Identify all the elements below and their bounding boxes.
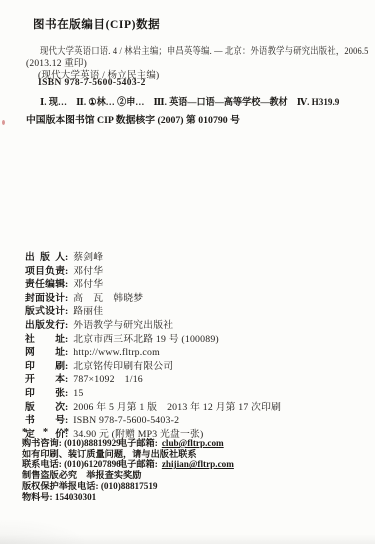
- publication-row-layout-design: 版式设计:路丽佳: [25, 305, 281, 319]
- row-value: 邓付华: [73, 279, 103, 290]
- row-colon: :: [65, 293, 68, 304]
- footer-notices-block: 购书咨询: (010)88819929电子邮箱:club@fltrp.com 如…: [22, 438, 234, 502]
- row-colon: :: [65, 320, 68, 331]
- publication-row-edition: 版次:2006 年 5 月第 1 版 2013 年 12 月第 17 次印刷: [25, 401, 281, 415]
- row-colon: :: [65, 361, 68, 372]
- row-colon: :: [65, 388, 68, 399]
- scan-bottom-shade: [0, 534, 375, 544]
- row-colon: :: [65, 402, 68, 413]
- publication-row-printer: 印刷:北京铭传印刷有限公司: [25, 360, 281, 374]
- row-value: ISBN 978-7-5600-5403-2: [73, 415, 179, 426]
- row-value: 路丽佳: [73, 306, 103, 317]
- footer-copyright-hotline: 版权保护举报电话: (010)88817519: [22, 481, 234, 492]
- footer-purchase-line: 购书咨询: (010)88819929电子邮箱:club@fltrp.com: [22, 438, 234, 449]
- row-colon: :: [65, 374, 68, 385]
- row-value: 外语教学与研究出版社: [73, 320, 173, 331]
- publication-row-publisher: 出版发行:外语教学与研究出版社: [25, 319, 281, 333]
- row-colon: :: [65, 415, 68, 426]
- asterisk-separator: * * *: [22, 427, 69, 438]
- publication-info-block: 出版人:蔡剑峰 项目负责:邓付华 责任编辑:邓付华 封面设计:高 瓦 韩晓梦 版…: [25, 251, 281, 441]
- row-value: 2006 年 5 月第 1 版 2013 年 12 月第 17 次印刷: [73, 402, 281, 413]
- publication-row-format: 开本:787×1092 1/16: [25, 373, 281, 387]
- row-colon: :: [65, 334, 68, 345]
- row-label: 项目负责: [25, 265, 65, 279]
- row-colon: :: [65, 347, 68, 358]
- footer-piracy-notice: 制售盗版必究 举报查实奖励: [22, 470, 234, 481]
- row-value: 高 瓦 韩晓梦: [73, 293, 143, 304]
- row-label: 版式设计: [25, 305, 65, 319]
- row-value: 蔡剑峰: [73, 252, 103, 263]
- row-label: 印刷: [25, 360, 65, 374]
- row-colon: :: [65, 279, 68, 290]
- contact-phone: 联系电话: (010)61207896: [22, 459, 118, 470]
- row-value: http://www.fltrp.com: [73, 347, 160, 358]
- row-label: 出版发行: [25, 319, 65, 333]
- row-value: 邓付华: [73, 266, 103, 277]
- publication-row-cover-design: 封面设计:高 瓦 韩晓梦: [25, 292, 281, 306]
- email-label: 电子邮箱:: [118, 438, 158, 448]
- purchase-phone: 购书咨询: (010)88819929: [22, 438, 118, 449]
- cip-heading: 图书在版编目(CIP)数据: [33, 16, 160, 32]
- publication-row-isbn: 书号:ISBN 978-7-5600-5403-2: [25, 414, 281, 428]
- cip-classification-line: Ⅰ. 现… Ⅱ. ①林… ②申… Ⅲ. 英语—口语—高等学校—教材 Ⅳ. H31…: [40, 94, 339, 108]
- row-colon: :: [65, 266, 68, 277]
- row-label: 书号: [25, 414, 65, 428]
- publication-row-sheets: 印张:15: [25, 387, 281, 401]
- publication-row-project-lead: 项目负责:邓付华: [25, 265, 281, 279]
- row-label: 版次: [25, 401, 65, 415]
- row-colon: :: [65, 252, 68, 263]
- row-value: 北京铭传印刷有限公司: [73, 361, 173, 372]
- footer-quality-notice: 如有印刷、装订质量问题，请与出版社联系: [22, 449, 234, 460]
- row-label: 网址: [25, 346, 65, 360]
- cip-record-number-line: 中国版本图书馆 CIP 数据核字 (2007) 第 010790 号: [26, 112, 240, 126]
- footer-material-number: 物料号: 154030301: [22, 492, 234, 503]
- email-label: 电子邮箱:: [118, 459, 158, 469]
- cip-isbn-line: ISBN 978-7-5600-5403-2: [38, 78, 146, 88]
- row-label: 印张: [25, 387, 65, 401]
- cip-copyright-page: { "meta": { "colon": ":" }, "cip": { "he…: [0, 0, 375, 544]
- publication-row-website: 网址:http://www.fltrp.com: [25, 346, 281, 360]
- publication-row-editor: 责任编辑:邓付华: [25, 278, 281, 292]
- row-label: 出版人: [25, 251, 65, 265]
- row-value: 787×1092 1/16: [73, 374, 143, 385]
- club-email: club@fltrp.com: [162, 438, 224, 448]
- row-value: 15: [73, 388, 83, 399]
- footer-contact-line: 联系电话: (010)61207896电子邮箱:zhijian@fltrp.co…: [22, 459, 234, 470]
- zhijian-email: zhijian@fltrp.com: [162, 459, 234, 469]
- row-label: 开本: [25, 373, 65, 387]
- publication-row-address: 社址:北京市西三环北路 19 号 (100089): [25, 333, 281, 347]
- publication-row-publisher-person: 出版人:蔡剑峰: [25, 251, 281, 265]
- row-colon: :: [65, 306, 68, 317]
- row-label: 封面设计: [25, 292, 65, 306]
- row-value: 北京市西三环北路 19 号 (100089): [73, 334, 219, 345]
- scan-red-speck: [2, 120, 5, 125]
- cip-description-line-1: 现代大学英语口语. 4 / 林岩主编；申昌英等编. — 北京：外语教学与研究出版…: [40, 43, 368, 57]
- row-label: 责任编辑: [25, 278, 65, 292]
- row-label: 社址: [25, 333, 65, 347]
